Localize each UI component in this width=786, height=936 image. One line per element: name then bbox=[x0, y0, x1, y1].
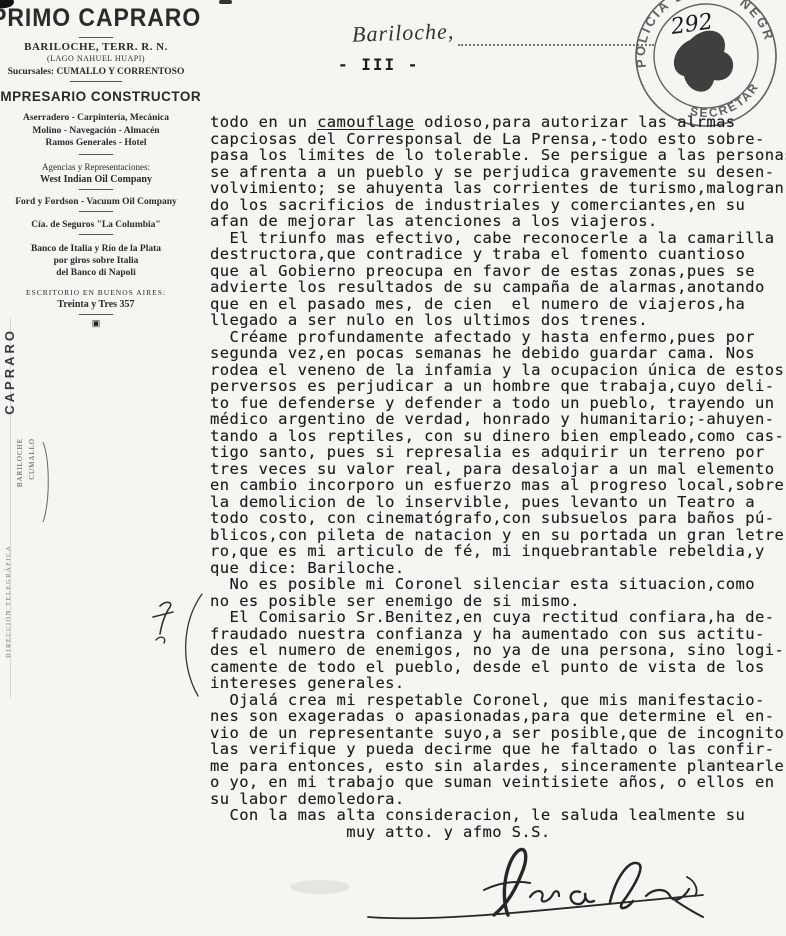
scan-artifact bbox=[219, 0, 232, 4]
trade-line: Ramos Generales - Hotel bbox=[0, 137, 210, 150]
letterhead-trades: Aserradero - Carpintería, Mecánica Molin… bbox=[0, 112, 210, 150]
divider bbox=[79, 154, 113, 155]
vertical-town-2: CUMALLO bbox=[28, 438, 37, 480]
margin-annotation-mark bbox=[146, 590, 210, 702]
divider bbox=[79, 211, 113, 212]
brace-mark bbox=[40, 440, 52, 524]
letter-body: todo en un camouflage odioso,para autori… bbox=[210, 114, 786, 840]
vertical-town-1: BARILOCHE bbox=[16, 438, 25, 487]
scanned-letter-page: PRIMO CAPRARO BARILOCHE, TERR. R. N. (LA… bbox=[0, 0, 786, 936]
vertical-company-name: CAPRARO bbox=[2, 328, 17, 415]
p1-underlined-word: camouflage bbox=[317, 113, 414, 131]
letterhead-agency-2: Ford y Fordson - Vacuum Oil Company bbox=[0, 197, 210, 207]
letterhead-profession: EMPRESARIO CONSTRUCTOR bbox=[0, 89, 210, 104]
divider bbox=[79, 234, 113, 235]
divider bbox=[79, 189, 113, 190]
closing-salutation: Con la mas alta consideracion, le saluda… bbox=[210, 807, 786, 840]
paragraph-2: El triunfo mas efectivo, cabe reconocerl… bbox=[210, 230, 786, 329]
letterhead-insurance: Cía. de Seguros "La Columbia" bbox=[0, 220, 210, 230]
letterhead: PRIMO CAPRARO BARILOCHE, TERR. R. N. (LA… bbox=[0, 4, 210, 329]
trade-line: Aserradero - Carpintería, Mecánica bbox=[0, 112, 210, 125]
letterhead-office-address: Treinta y Tres 357 bbox=[0, 299, 210, 310]
paragraph-6: Ojalá crea mi respetable Coronel, que mi… bbox=[210, 692, 786, 808]
page-number: - III - bbox=[338, 55, 419, 74]
handwritten-signature bbox=[358, 843, 708, 923]
letterhead-lake: (LAGO NAHUEL HUAPI) bbox=[0, 54, 210, 63]
divider bbox=[79, 314, 113, 315]
printer-ornament-icon: ▣ bbox=[0, 318, 210, 329]
paragraph-1: todo en un camouflage odioso,para autori… bbox=[210, 114, 786, 230]
trade-line: Molino - Navegación - Almacén bbox=[0, 125, 210, 138]
p1-text: todo en un bbox=[210, 113, 317, 131]
handwritten-dateline: Bariloche, bbox=[352, 18, 455, 48]
divider bbox=[79, 37, 113, 38]
vertical-telegraph-label: DIRECCIÓN TELEGRÁFICA bbox=[5, 545, 12, 658]
letterhead-agency-1: West Indian Oil Company bbox=[0, 174, 210, 185]
smudge bbox=[290, 880, 350, 894]
divider bbox=[70, 81, 122, 82]
letterhead-agencies-label: Agencias y Representaciones: bbox=[0, 162, 210, 172]
p1-text-rest: odioso,para autorizar las alrmas capcios… bbox=[210, 113, 786, 230]
letterhead-company-name: PRIMO CAPRARO bbox=[0, 4, 201, 33]
letterhead-location: BARILOCHE, TERR. R. N. bbox=[0, 41, 210, 53]
paragraph-4: No es posible mi Coronel silenciar esta … bbox=[210, 576, 786, 609]
letterhead-bank: Banco de Italia y Río de la Plata por gi… bbox=[0, 243, 210, 279]
ink-blob bbox=[674, 31, 733, 92]
paragraph-5: El Comisario Sr.Benitez,en cuya rectitud… bbox=[210, 609, 786, 692]
letterhead-branches: Sucursales: CUMALLO Y CORRENTOSO bbox=[0, 67, 210, 77]
paragraph-3: Créame profundamente afectado y hasta en… bbox=[210, 329, 786, 577]
letterhead-office-label: ESCRITORIO EN BUENOS AIRES: bbox=[0, 288, 210, 297]
